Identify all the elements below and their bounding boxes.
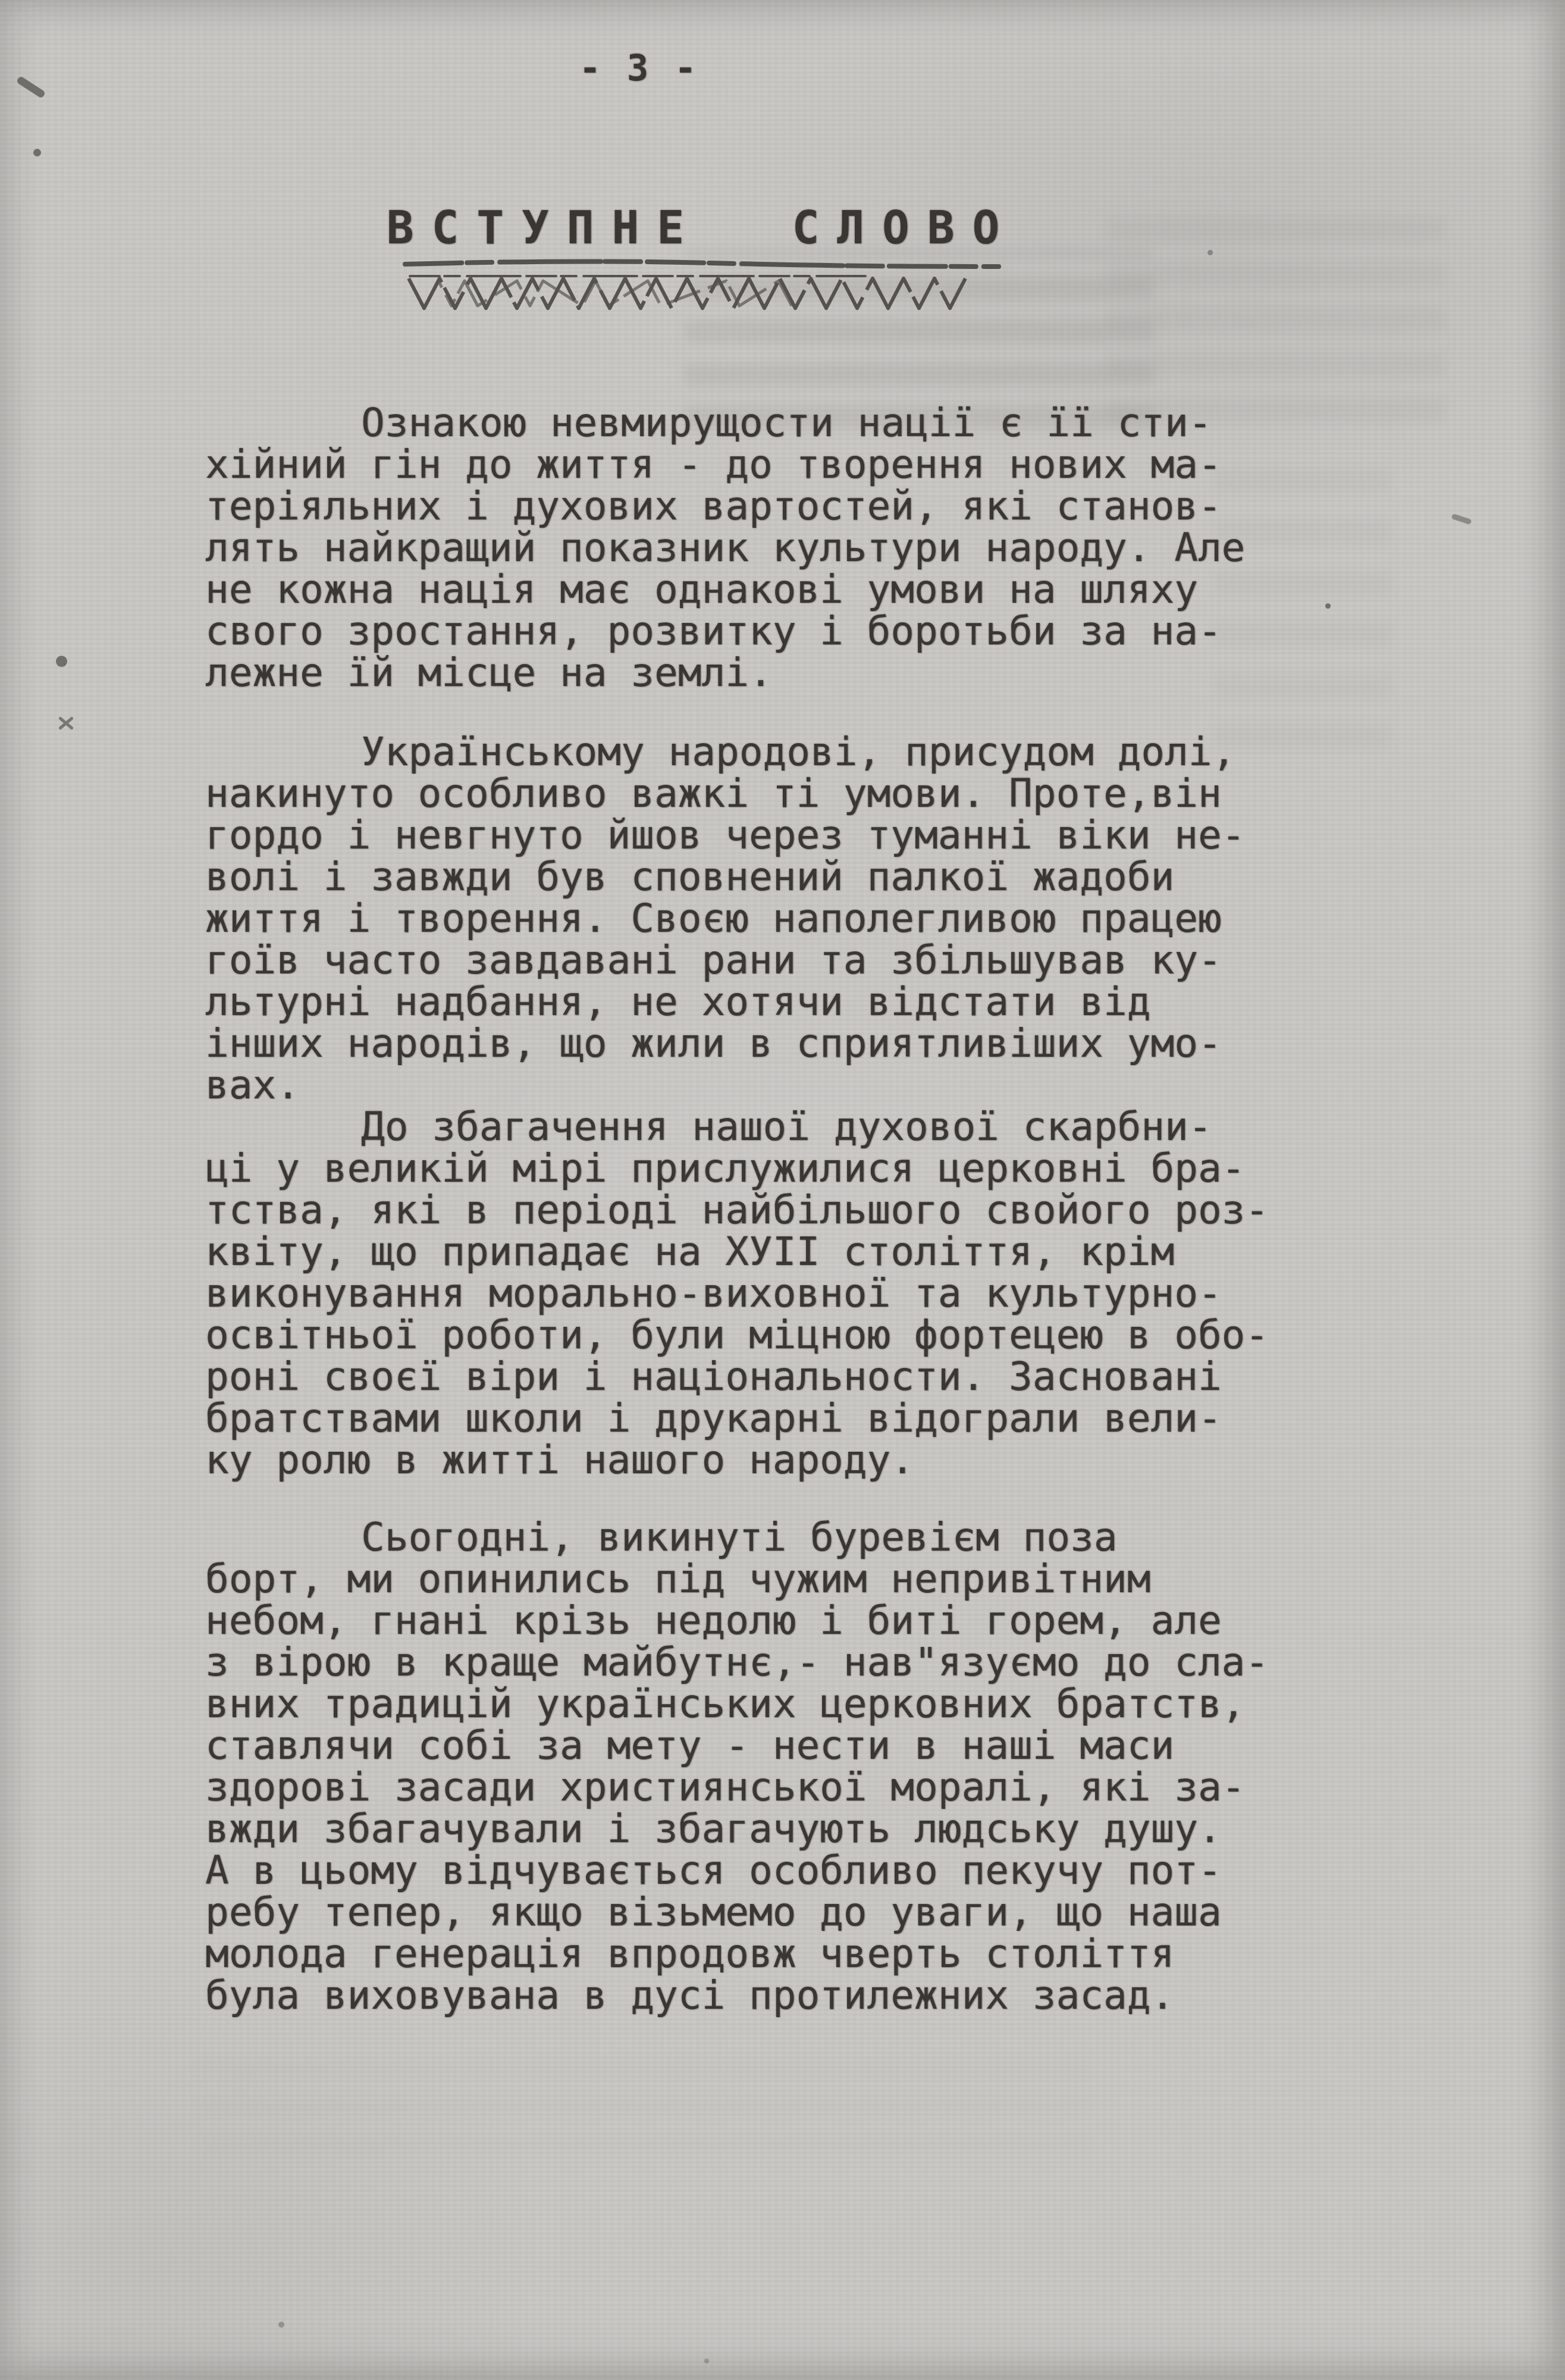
text-line: гордо і невгнуто йшов через туманні віки…	[205, 815, 1312, 856]
text-line: ку ролю в житті нашого народу.	[205, 1439, 1312, 1481]
text-line: небом, гнані крізь недолю і биті горем, …	[205, 1600, 1312, 1642]
text-line: молода генерація впродовж чверть столітт…	[205, 1933, 1312, 1975]
text-line: лять найкращий показник культури народу.…	[205, 527, 1312, 569]
text-line: теріяльних і духових вартостей, які стан…	[205, 486, 1312, 527]
ink-speck	[56, 656, 67, 667]
text-line: свого зростання, розвитку і боротьби за …	[205, 610, 1312, 652]
text-line: з вірою в краще майбутнє,- нав"язуємо до…	[205, 1642, 1312, 1683]
text-line: вах.	[205, 1064, 1312, 1106]
text-line: лежне їй місце на землі.	[205, 652, 1312, 694]
text-line: Сьогодні, викинуті буревієм поза	[205, 1517, 1312, 1558]
text-line: гоїв часто завдавані рани та збільшував …	[205, 940, 1312, 981]
text-line: не кожна нація має однакові умови на шля…	[205, 569, 1312, 610]
text-line: вжди збагачували і збагачують людську ду…	[205, 1808, 1312, 1850]
text-line: роні своєї віри і національности. Заснов…	[205, 1356, 1312, 1398]
title-underline-ornament	[402, 256, 1002, 311]
text-line: освітньої роботи, були міцною фортецею в…	[205, 1314, 1312, 1356]
text-line: квіту, що припадає на ХУІІ століття, крі…	[205, 1231, 1312, 1273]
text-line: волі і завжди був сповнений палкої жадоб…	[205, 856, 1312, 898]
text-line: тства, які в періоді найбільшого свойого…	[205, 1189, 1312, 1231]
text-line: борт, ми опинились під чужим непривітним	[205, 1558, 1312, 1600]
document-body: Ознакою невмирущости нації є її сти- хій…	[205, 402, 1312, 2016]
text-line: До збагачення нашої духової скарбни-	[205, 1106, 1312, 1148]
text-line: хійний гін до життя - до творення нових …	[205, 444, 1312, 486]
ink-speck	[704, 2359, 709, 2363]
text-line: інших народів, що жили в сприятливіших у…	[205, 1023, 1312, 1064]
paragraph: До збагачення нашої духової скарбни- ці …	[205, 1106, 1312, 1481]
ink-speck	[33, 149, 41, 156]
text-line: ребу тепер, якщо візьмемо до уваги, що н…	[205, 1892, 1312, 1933]
page-number: - 3 -	[579, 48, 699, 89]
text-line: Українському народові, присудом долі,	[205, 731, 1312, 773]
document-title: ВСТУПНЕ СЛОВО	[387, 201, 1018, 254]
ink-speck	[1208, 250, 1213, 255]
text-line: вних традицій українських церковних брат…	[205, 1683, 1312, 1725]
paragraph: Сьогодні, викинуті буревієм поза борт, м…	[205, 1517, 1312, 2016]
text-line: життя і творення. Своєю наполегливою пра…	[205, 898, 1312, 940]
text-line: виконування морально-виховної та культур…	[205, 1273, 1312, 1314]
scanned-document-page: - 3 - ВСТУПНЕ СЛОВО Ознакою невмирущости…	[0, 0, 1565, 2380]
text-line: А в цьому відчувається особливо пекучу п…	[205, 1850, 1312, 1892]
text-line: Ознакою невмирущости нації є її сти-	[205, 402, 1312, 444]
text-line: була виховувана в дусі протилежних засад…	[205, 1975, 1312, 2016]
text-line: ці у великій мірі прислужилися церковні …	[205, 1148, 1312, 1189]
paragraph: Ознакою невмирущости нації є її сти- хій…	[205, 402, 1312, 694]
text-line: здорові засади християнської моралі, які…	[205, 1767, 1312, 1808]
text-line: братствами школи і друкарні відограли ве…	[205, 1398, 1312, 1439]
ink-speck	[1325, 603, 1331, 609]
typewritten-content: - 3 - ВСТУПНЕ СЛОВО Ознакою невмирущости…	[0, 0, 1565, 2380]
text-line: накинуто особливо важкі ті умови. Проте,…	[205, 773, 1312, 815]
ink-speck	[278, 2322, 284, 2328]
paragraph: Українському народові, присудом долі, на…	[205, 731, 1312, 1106]
x-mark	[57, 714, 75, 732]
text-line: ставлячи собі за мету - нести в наші мас…	[205, 1725, 1312, 1767]
text-line: льтурні надбання, не хотячи відстати від	[205, 981, 1312, 1023]
